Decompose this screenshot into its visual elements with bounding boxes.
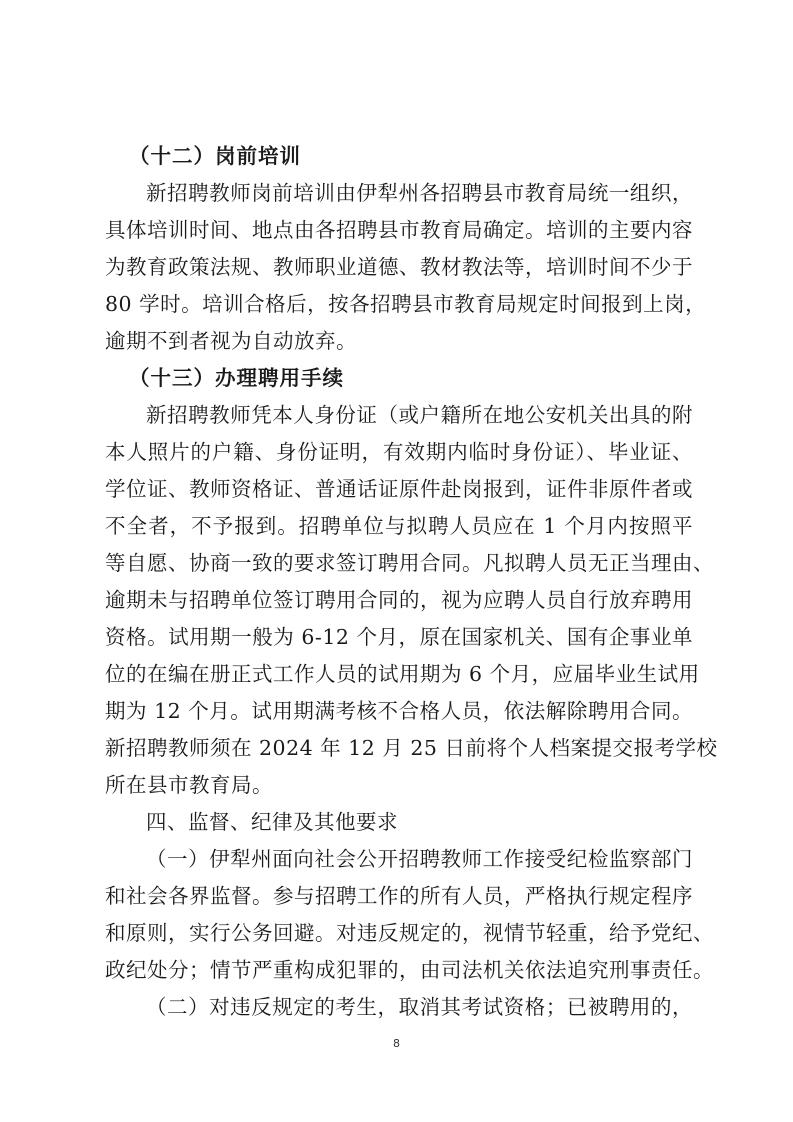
paragraph-line: 资格。试用期一般为 6-12 个月，原在国家机关、国有企事业单 [105, 619, 693, 656]
paragraph-line: 为教育政策法规、教师职业道德、教材教法等，培训时间不少于 [105, 249, 693, 286]
paragraph-line: 期为 12 个月。试用期满考核不合格人员，依法解除聘用合同。 [105, 693, 693, 730]
paragraph-line: （一）伊犁州面向社会公开招聘教师工作接受纪检监察部门 [105, 841, 693, 878]
paragraph-line: （二）对违反规定的考生，取消其考试资格；已被聘用的， [105, 989, 693, 1026]
paragraph-line: 等自愿、协商一致的要求签订聘用合同。凡拟聘人员无正当理由、 [105, 545, 693, 582]
section-heading-4: 四、监督、纪律及其他要求 [105, 804, 693, 841]
paragraph-line: 和原则，实行公务回避。对违反规定的，视情节轻重，给予党纪、 [105, 915, 693, 952]
paragraph-line: 逾期未与招聘单位签订聘用合同的，视为应聘人员自行放弃聘用 [105, 582, 693, 619]
document-page: （十二）岗前培训 新招聘教师岗前培训由伊犁州各招聘县市教育局统一组织， 具体培训… [105, 138, 693, 1026]
paragraph-line: 位的在编在册正式工作人员的试用期为 6 个月，应届毕业生试用 [105, 656, 693, 693]
paragraph-line: 新招聘教师岗前培训由伊犁州各招聘县市教育局统一组织， [105, 175, 693, 212]
subsection-heading-12: （十二）岗前培训 [105, 138, 693, 175]
paragraph-line: 不全者，不予报到。招聘单位与拟聘人员应在 1 个月内按照平 [105, 508, 693, 545]
paragraph-line: 和社会各界监督。参与招聘工作的所有人员，严格执行规定程序 [105, 878, 693, 915]
page-number: 8 [0, 1037, 793, 1050]
paragraph-line: 具体培训时间、地点由各招聘县市教育局确定。培训的主要内容 [105, 212, 693, 249]
paragraph-line: 新招聘教师须在 2024 年 12 月 25 日前将个人档案提交报考学校 [105, 730, 693, 767]
subsection-heading-13: （十三）办理聘用手续 [105, 360, 693, 397]
paragraph-line: 逾期不到者视为自动放弃。 [105, 323, 693, 360]
paragraph-line: 80 学时。培训合格后，按各招聘县市教育局规定时间报到上岗， [105, 286, 693, 323]
paragraph-line: 政纪处分；情节严重构成犯罪的，由司法机关依法追究刑事责任。 [105, 952, 693, 989]
paragraph-line: 所在县市教育局。 [105, 767, 693, 804]
paragraph-line: 学位证、教师资格证、普通话证原件赴岗报到，证件非原件者或 [105, 471, 693, 508]
paragraph-line: 本人照片的户籍、身份证明，有效期内临时身份证）、毕业证、 [105, 434, 693, 471]
paragraph-line: 新招聘教师凭本人身份证（或户籍所在地公安机关出具的附 [105, 397, 693, 434]
